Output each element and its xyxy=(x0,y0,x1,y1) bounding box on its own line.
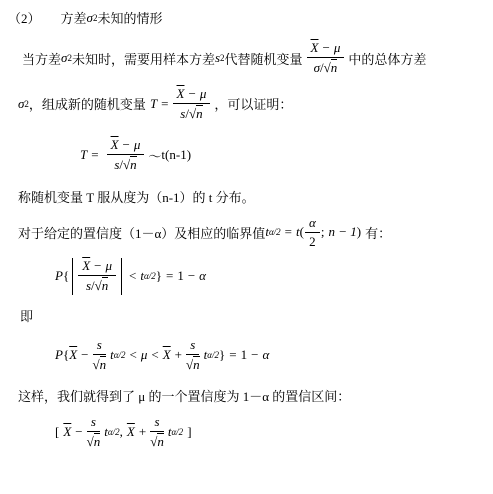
sqrt-sign: √ xyxy=(324,60,331,76)
n-symbol: n xyxy=(196,105,203,122)
close-bracket: ] xyxy=(187,424,191,440)
P-symbol: P xyxy=(55,347,63,363)
s-symbol: s xyxy=(190,337,195,353)
p2-text-b: ，组成新的随机变量 xyxy=(29,94,146,113)
n-symbol: n xyxy=(193,356,200,373)
p4-text-a: 对于给定的置信度（1－α）及相应的临界值 xyxy=(18,223,265,242)
equals-sign: = xyxy=(91,147,98,163)
minus-sign: − xyxy=(188,268,195,284)
alpha-symbol: α xyxy=(262,347,269,363)
x-bar: X xyxy=(63,424,71,440)
open-paren: ( xyxy=(300,224,304,240)
x-bar: X xyxy=(311,40,319,56)
minus-sign: − xyxy=(75,424,82,440)
fraction-s-over-sqrt-n: s √n xyxy=(93,337,107,374)
number-1: 1 xyxy=(177,268,184,284)
minus-sign: − xyxy=(123,137,130,153)
mu-symbol: μ xyxy=(106,258,113,274)
x-bar: X xyxy=(127,424,135,440)
less-than-sign: < xyxy=(130,347,137,363)
s-symbol: s xyxy=(154,414,159,430)
number-2: 2 xyxy=(309,234,316,250)
mu-symbol: μ xyxy=(334,40,341,56)
alpha-symbol: α xyxy=(199,268,206,284)
mu-symbol: μ xyxy=(200,86,207,102)
p1-text-a: 当方差 xyxy=(22,49,61,68)
p1-text-c: 代替随机变量 xyxy=(225,49,303,68)
s-symbol: s xyxy=(91,414,96,430)
less-than-sign: < xyxy=(129,268,136,284)
fraction-s-over-sqrt-n: s √n xyxy=(150,414,164,451)
close-paren: ) xyxy=(357,224,361,240)
paragraph-variance-unknown: 当方差 σ2 未知时，需要用样本方差 s2 代替随机变量 X−μ σ/√n 中的… xyxy=(22,40,493,77)
sqrt-sign: √ xyxy=(87,434,94,450)
fraction-xbar-mu-over-s-sqrt-n: X−μ s/√n xyxy=(107,137,145,174)
equals-sign: = xyxy=(285,224,292,240)
open-bracket: [ xyxy=(55,424,59,440)
x-bar: X xyxy=(69,347,77,363)
minus-sign: − xyxy=(94,258,101,274)
section-number: （2） xyxy=(8,8,41,27)
n-symbol: n xyxy=(157,433,164,450)
equals-sign: = xyxy=(161,96,168,112)
T-symbol: T xyxy=(80,147,87,163)
minus-sign: − xyxy=(81,347,88,363)
equals-sign: = xyxy=(166,268,173,284)
paragraph-namely: 即 xyxy=(20,306,493,325)
T-symbol: T xyxy=(150,96,157,112)
fraction-xbar-mu-over-sigma-sqrt-n: X−μ σ/√n xyxy=(307,40,345,77)
open-brace: { xyxy=(63,268,69,284)
sqrt-sign: √ xyxy=(189,106,196,122)
n-minus-1: n − 1 xyxy=(328,224,356,240)
document-page: （2） 方差 σ2 未知的情形 当方差 σ2 未知时，需要用样本方差 s2 代替… xyxy=(0,8,493,494)
formula-confidence-interval: [ X − s √n tα/2 , X + s √n tα/2 ] xyxy=(55,414,493,451)
sqrt-sign: √ xyxy=(95,278,102,294)
paragraph-conclusion: 这样，我们就得到了 μ 的一个置信度为 1－α 的置信区间： xyxy=(18,386,493,405)
paragraph-t-distribution-note: 称随机变量 T 服从度为（n-1）的 t 分布。 xyxy=(18,187,493,206)
p4-text-b: 有： xyxy=(365,223,391,242)
p1-text-d: 中的总体方差 xyxy=(348,49,426,68)
P-symbol: P xyxy=(55,268,63,284)
p3-text: 称随机变量 T 服从度为（n-1）的 t 分布。 xyxy=(18,187,255,206)
paragraph-new-variable: σ2 ，组成新的随机变量 T = X−μ s/√n ，可以证明： xyxy=(18,86,493,123)
n-symbol: n xyxy=(102,277,109,294)
p2-text-c: ，可以证明： xyxy=(214,94,292,113)
fraction-alpha-over-2: α 2 xyxy=(305,215,320,251)
minus-sign: − xyxy=(322,40,329,56)
sqrt-sign: √ xyxy=(123,157,130,173)
p1-text-b: 未知时，需要用样本方差 xyxy=(72,49,215,68)
n-symbol: n xyxy=(331,59,338,76)
fraction-s-over-sqrt-n: s √n xyxy=(186,337,200,374)
x-bar: X xyxy=(177,86,185,102)
sqrt-sign: √ xyxy=(150,434,157,450)
sqrt-sign: √ xyxy=(186,357,193,373)
n-symbol: n xyxy=(130,156,137,173)
x-bar: X xyxy=(163,347,171,363)
plus-sign: + xyxy=(139,424,146,440)
formula-t-distribution: T = X−μ s/√n ～ t(n-1) xyxy=(80,137,493,174)
section-title: （2） 方差 σ2 未知的情形 xyxy=(8,8,493,27)
sqrt-sign: √ xyxy=(93,357,100,373)
semicolon: ; xyxy=(321,224,325,240)
t-n-1-distribution: t(n-1) xyxy=(161,147,191,163)
minus-sign: − xyxy=(188,86,195,102)
mu-symbol: μ xyxy=(134,137,141,153)
alpha-symbol: α xyxy=(309,215,316,231)
formula-probability-absolute: P { X−μ s/√n < tα/2 } = 1 − α xyxy=(55,258,493,295)
title-text-pre: 方差 xyxy=(61,8,87,27)
comma: , xyxy=(120,424,123,440)
close-brace: } xyxy=(156,268,162,284)
paragraph-confidence-critical-value: 对于给定的置信度（1－α）及相应的临界值 tα/2 = t ( α 2 ; n … xyxy=(18,215,493,251)
absolute-value-bars: X−μ s/√n xyxy=(72,258,122,295)
plus-sign: + xyxy=(175,347,182,363)
x-bar: X xyxy=(111,137,119,153)
p5-text: 即 xyxy=(20,306,33,325)
n-symbol: n xyxy=(100,356,107,373)
formula-probability-interval: P { X − s √n tα/2 < μ < X + s √n tα/2 } … xyxy=(55,337,493,374)
fraction-s-over-sqrt-n: s √n xyxy=(87,414,101,451)
title-text-post: 未知的情形 xyxy=(97,8,162,27)
mu-symbol: μ xyxy=(141,347,148,363)
x-bar: X xyxy=(82,258,90,274)
minus-sign: − xyxy=(251,347,258,363)
p6-text: 这样，我们就得到了 μ 的一个置信度为 1－α 的置信区间： xyxy=(18,386,350,405)
fraction-xbar-mu-over-s-sqrt-n: X−μ s/√n xyxy=(173,86,211,123)
close-brace: } xyxy=(219,347,225,363)
tilde-sign: ～ xyxy=(148,146,161,165)
fraction-xbar-mu-over-s-sqrt-n: X−μ s/√n xyxy=(78,258,116,295)
equals-sign: = xyxy=(229,347,236,363)
less-than-sign: < xyxy=(151,347,158,363)
s-symbol: s xyxy=(97,337,102,353)
sigma-squared: σ xyxy=(87,10,93,26)
number-1: 1 xyxy=(241,347,248,363)
n-symbol: n xyxy=(94,433,101,450)
